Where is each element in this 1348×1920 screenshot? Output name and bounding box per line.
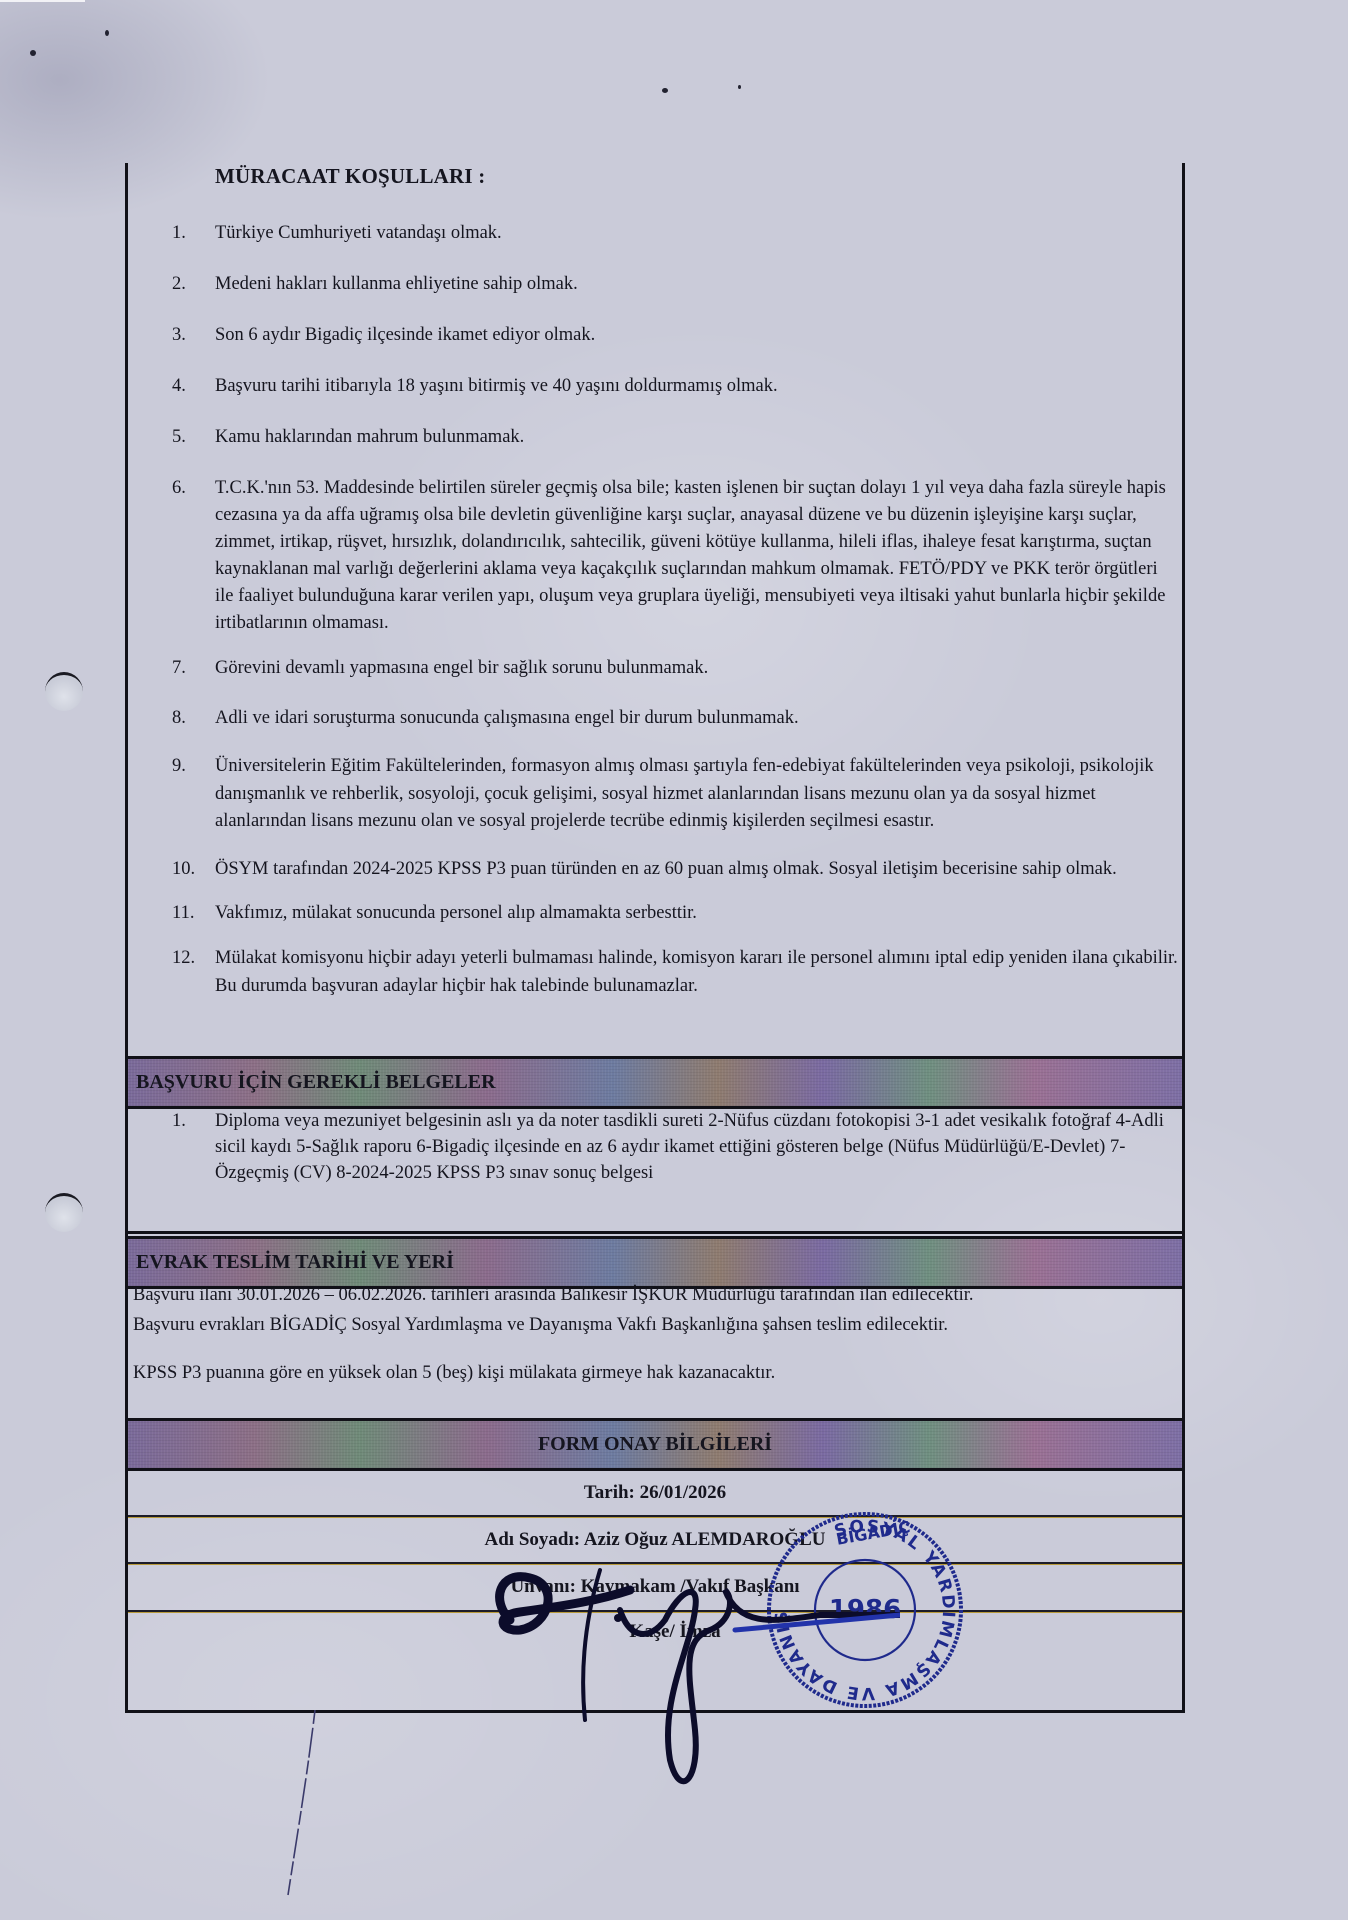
- condition-item: 2.Medeni hakları kullanma ehliyetine sah…: [160, 271, 1180, 297]
- item-number: 6.: [172, 475, 186, 502]
- scan-speck: [662, 88, 668, 93]
- condition-item: 8.Adli ve idari soruşturma sonucunda çal…: [160, 705, 1180, 731]
- item-text: Başvuru tarihi itibarıyla 18 yaşını biti…: [215, 376, 778, 396]
- condition-item: 10.ÖSYM tarafından 2024-2025 KPSS P3 pua…: [160, 854, 1180, 884]
- condition-item: 7.Görevini devamlı yapmasına engel bir s…: [160, 655, 1180, 681]
- condition-item: 9.Üniversitelerin Eğitim Fakültelerinden…: [160, 753, 1180, 836]
- scan-speck: [738, 85, 741, 89]
- approval-title: FORM ONAY BİLGİLERİ: [538, 1433, 772, 1456]
- submission-title: EVRAK TESLİM TARİHİ VE YERİ: [136, 1251, 454, 1274]
- item-number: 5.: [172, 424, 186, 450]
- item-number: 10.: [172, 854, 195, 884]
- item-text: T.C.K.'nın 53. Maddesinde belirtilen sür…: [215, 478, 1166, 633]
- item-text: Diploma veya mezuniyet belgesinin aslı y…: [215, 1111, 1164, 1183]
- scan-speck: [30, 50, 36, 56]
- item-text: Türkiye Cumhuriyeti vatandaşı olmak.: [215, 223, 502, 243]
- condition-item: 3.Son 6 aydır Bigadiç ilçesinde ikamet e…: [160, 322, 1180, 348]
- approval-band: FORM ONAY BİLGİLERİ: [128, 1418, 1182, 1471]
- scan-edge: [0, 0, 85, 2]
- item-text: Üniversitelerin Eğitim Fakültelerinden, …: [215, 756, 1154, 831]
- divider: [128, 1231, 1182, 1234]
- condition-item: 5.Kamu haklarından mahrum bulunmamak.: [160, 424, 1180, 450]
- submission-note: KPSS P3 puanına göre en yüksek olan 5 (b…: [133, 1358, 1173, 1388]
- approval-name: Adı Soyadı: Aziz Oğuz ALEMDAROĞLU: [128, 1516, 1182, 1563]
- item-number: 8.: [172, 705, 186, 731]
- item-number: 1.: [172, 1108, 186, 1134]
- documents-list: 1.Diploma veya mezuniyet belgesinin aslı…: [160, 1108, 1170, 1186]
- item-number: 9.: [172, 753, 186, 781]
- item-text: Mülakat komisyonu hiçbir adayı yeterli b…: [215, 948, 1178, 996]
- approval-date: Tarih: 26/01/2026: [128, 1469, 1182, 1516]
- signature: [480, 1560, 900, 1800]
- punch-hole: [45, 672, 83, 711]
- item-number: 4.: [172, 373, 186, 399]
- pen-mark: [280, 1710, 320, 1900]
- punch-hole: [45, 1193, 83, 1232]
- item-text: Görevini devamlı yapmasına engel bir sağ…: [215, 658, 708, 678]
- item-number: 11.: [172, 900, 194, 926]
- item-text: ÖSYM tarafından 2024-2025 KPSS P3 puan t…: [215, 859, 1117, 879]
- item-number: 7.: [172, 655, 186, 681]
- item-number: 1.: [172, 220, 186, 246]
- item-number: 3.: [172, 322, 186, 348]
- item-text: Adli ve idari soruşturma sonucunda çalış…: [215, 708, 799, 728]
- condition-item: 12.Mülakat komisyonu hiçbir adayı yeterl…: [160, 944, 1180, 1000]
- condition-item: 11.Vakfımız, mülakat sonucunda personel …: [160, 900, 1180, 926]
- condition-item: 4.Başvuru tarihi itibarıyla 18 yaşını bi…: [160, 373, 1180, 399]
- documents-title: BAŞVURU İÇİN GEREKLİ BELGELER: [136, 1071, 496, 1094]
- item-text: Medeni hakları kullanma ehliyetine sahip…: [215, 274, 578, 294]
- item-number: 2.: [172, 271, 186, 297]
- item-text: Vakfımız, mülakat sonucunda personel alı…: [215, 903, 697, 923]
- item-number: 12.: [172, 944, 195, 972]
- documents-band: BAŞVURU İÇİN GEREKLİ BELGELER: [128, 1056, 1182, 1109]
- item-text: Son 6 aydır Bigadiç ilçesinde ikamet edi…: [215, 325, 595, 345]
- scan-speck: [105, 30, 109, 36]
- submission-line-1: Başvuru ilanı 30.01.2026 – 06.02.2026. t…: [133, 1280, 1173, 1310]
- condition-item: 1.Türkiye Cumhuriyeti vatandaşı olmak.: [160, 220, 1180, 246]
- condition-item: 6.T.C.K.'nın 53. Maddesinde belirtilen s…: [160, 475, 1180, 637]
- document-item: 1.Diploma veya mezuniyet belgesinin aslı…: [160, 1108, 1170, 1186]
- conditions-title: MÜRACAAT KOŞULLARI :: [215, 164, 485, 189]
- conditions-list: 1.Türkiye Cumhuriyeti vatandaşı olmak. 2…: [160, 220, 1180, 1000]
- item-text: Kamu haklarından mahrum bulunmamak.: [215, 427, 524, 447]
- submission-line-2: Başvuru evrakları BİGADİÇ Sosyal Yardıml…: [133, 1310, 1173, 1340]
